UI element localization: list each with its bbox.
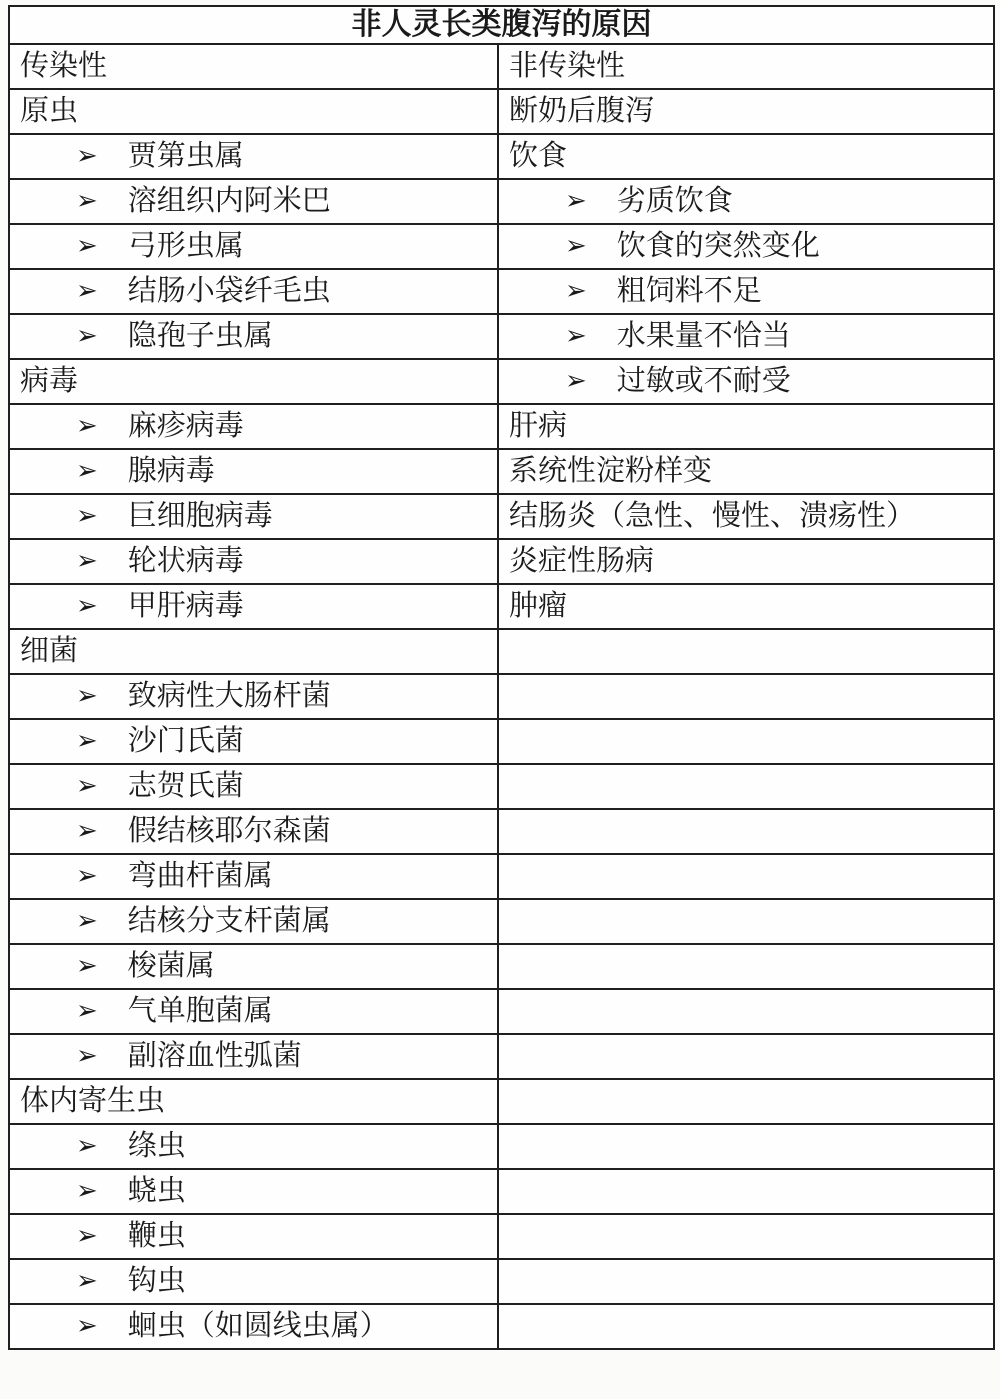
cell-infectious: ➢气单胞菌属 [9, 989, 498, 1034]
cell-content: 肝病 [509, 410, 567, 443]
arrowhead-bullet-icon: ➢ [76, 232, 98, 262]
arrowhead-bullet-icon: ➢ [76, 907, 98, 937]
cell-content: ➢轮状病毒 [20, 545, 244, 578]
cell-noninfectious [498, 1304, 994, 1349]
cell-text: 气单胞菌属 [128, 995, 273, 1027]
cell-content: ➢劣质饮食 [509, 185, 733, 218]
arrowhead-bullet-icon: ➢ [76, 817, 98, 847]
table-row: ➢梭菌属 [9, 944, 994, 989]
arrowhead-bullet-icon: ➢ [76, 1267, 98, 1297]
cell-content: ➢气单胞菌属 [20, 995, 273, 1028]
arrowhead-bullet-icon: ➢ [76, 862, 98, 892]
cell-content: ➢饮食的突然变化 [509, 230, 820, 263]
cell-content: 饮食 [509, 140, 567, 173]
cell-content: 传染性 [20, 50, 107, 83]
cell-infectious: ➢甲肝病毒 [9, 584, 498, 629]
cell-noninfectious [498, 809, 994, 854]
arrowhead-bullet-icon: ➢ [76, 142, 98, 172]
arrowhead-bullet-icon: ➢ [76, 727, 98, 757]
cell-text: 饮食的突然变化 [617, 230, 820, 262]
cell-noninfectious [498, 1214, 994, 1259]
cell-text: 甲肝病毒 [128, 590, 244, 622]
table-row: 传染性非传染性 [9, 44, 994, 89]
cell-text: 非传染性 [509, 50, 625, 82]
cell-infectious: ➢麻疹病毒 [9, 404, 498, 449]
table-row: ➢结肠小袋纤毛虫➢粗饲料不足 [9, 269, 994, 314]
cell-infectious: ➢绦虫 [9, 1124, 498, 1169]
cell-noninfectious [498, 1124, 994, 1169]
arrowhead-bullet-icon: ➢ [565, 277, 587, 307]
cell-noninfectious: 肿瘤 [498, 584, 994, 629]
cell-text: 致病性大肠杆菌 [128, 680, 331, 712]
cell-infectious: ➢贾第虫属 [9, 134, 498, 179]
cell-infectious: ➢蛔虫（如圆线虫属） [9, 1304, 498, 1349]
arrowhead-bullet-icon: ➢ [76, 772, 98, 802]
cell-noninfectious: 肝病 [498, 404, 994, 449]
table-row: ➢副溶血性弧菌 [9, 1034, 994, 1079]
arrowhead-bullet-icon: ➢ [565, 322, 587, 352]
cell-text: 蛔虫（如圆线虫属） [128, 1310, 389, 1342]
cell-text: 传染性 [20, 50, 107, 82]
cell-content: ➢结肠小袋纤毛虫 [20, 275, 331, 308]
cell-infectious: 原虫 [9, 89, 498, 134]
cell-infectious: ➢弓形虫属 [9, 224, 498, 269]
cell-content: ➢志贺氏菌 [20, 770, 244, 803]
arrowhead-bullet-icon: ➢ [76, 952, 98, 982]
cell-noninfectious: 饮食 [498, 134, 994, 179]
table-row: 体内寄生虫 [9, 1079, 994, 1124]
cell-text: 体内寄生虫 [20, 1085, 165, 1117]
cell-content: ➢致病性大肠杆菌 [20, 680, 331, 713]
cell-infectious: ➢副溶血性弧菌 [9, 1034, 498, 1079]
cell-noninfectious: 系统性淀粉样变 [498, 449, 994, 494]
arrowhead-bullet-icon: ➢ [76, 322, 98, 352]
cell-text: 贾第虫属 [128, 140, 244, 172]
cell-content: ➢假结核耶尔森菌 [20, 815, 331, 848]
cell-text: 副溶血性弧菌 [128, 1040, 302, 1072]
cell-infectious: ➢轮状病毒 [9, 539, 498, 584]
cell-text: 断奶后腹泻 [509, 95, 654, 127]
cell-noninfectious: ➢过敏或不耐受 [498, 359, 994, 404]
cell-noninfectious [498, 899, 994, 944]
arrowhead-bullet-icon: ➢ [565, 367, 587, 397]
cell-content: ➢结核分支杆菌属 [20, 905, 331, 938]
cell-content: ➢蛔虫（如圆线虫属） [20, 1310, 389, 1343]
title-row: 非人灵长类腹泻的原因 [9, 6, 994, 44]
cell-text: 隐孢子虫属 [128, 320, 273, 352]
table-row: 病毒➢过敏或不耐受 [9, 359, 994, 404]
cell-infectious: ➢鞭虫 [9, 1214, 498, 1259]
cell-infectious: 细菌 [9, 629, 498, 674]
cell-infectious: ➢假结核耶尔森菌 [9, 809, 498, 854]
table-row: ➢绦虫 [9, 1124, 994, 1169]
table-row: ➢巨细胞病毒结肠炎（急性、慢性、溃疡性） [9, 494, 994, 539]
cell-text: 蛲虫 [128, 1175, 186, 1207]
cell-content: ➢溶组织内阿米巴 [20, 185, 331, 218]
cell-content: ➢蛲虫 [20, 1175, 186, 1208]
arrowhead-bullet-icon: ➢ [76, 1042, 98, 1072]
cell-content: ➢麻疹病毒 [20, 410, 244, 443]
table-row: ➢弯曲杆菌属 [9, 854, 994, 899]
table-row: ➢隐孢子虫属➢水果量不恰当 [9, 314, 994, 359]
arrowhead-bullet-icon: ➢ [76, 1312, 98, 1342]
table-row: ➢蛲虫 [9, 1169, 994, 1214]
cell-text: 原虫 [20, 95, 78, 127]
cell-content: ➢腺病毒 [20, 455, 215, 488]
arrowhead-bullet-icon: ➢ [76, 457, 98, 487]
table-row: ➢甲肝病毒肿瘤 [9, 584, 994, 629]
table-row: ➢气单胞菌属 [9, 989, 994, 1034]
cell-text: 麻疹病毒 [128, 410, 244, 442]
cell-text: 假结核耶尔森菌 [128, 815, 331, 847]
arrowhead-bullet-icon: ➢ [76, 277, 98, 307]
cell-text: 水果量不恰当 [617, 320, 791, 352]
cell-text: 结肠小袋纤毛虫 [128, 275, 331, 307]
cell-infectious: ➢结肠小袋纤毛虫 [9, 269, 498, 314]
cell-noninfectious [498, 629, 994, 674]
cell-infectious: 病毒 [9, 359, 498, 404]
cell-noninfectious: ➢粗饲料不足 [498, 269, 994, 314]
cell-infectious: ➢志贺氏菌 [9, 764, 498, 809]
cell-text: 钩虫 [128, 1265, 186, 1297]
arrowhead-bullet-icon: ➢ [565, 232, 587, 262]
cell-text: 溶组织内阿米巴 [128, 185, 331, 217]
cell-text: 炎症性肠病 [509, 545, 654, 577]
table-row: ➢致病性大肠杆菌 [9, 674, 994, 719]
table-row: 细菌 [9, 629, 994, 674]
cell-content: ➢副溶血性弧菌 [20, 1040, 302, 1073]
cell-content: ➢沙门氏菌 [20, 725, 244, 758]
cell-text: 腺病毒 [128, 455, 215, 487]
table-row: ➢志贺氏菌 [9, 764, 994, 809]
cell-content: 非传染性 [509, 50, 625, 83]
table-row: ➢腺病毒系统性淀粉样变 [9, 449, 994, 494]
cell-noninfectious [498, 1079, 994, 1124]
table-row: ➢弓形虫属➢饮食的突然变化 [9, 224, 994, 269]
table-row: ➢假结核耶尔森菌 [9, 809, 994, 854]
cell-noninfectious [498, 989, 994, 1034]
cell-text: 梭菌属 [128, 950, 215, 982]
arrowhead-bullet-icon: ➢ [76, 682, 98, 712]
cell-content: ➢钩虫 [20, 1265, 186, 1298]
cell-content: 原虫 [20, 95, 78, 128]
arrowhead-bullet-icon: ➢ [76, 502, 98, 532]
cell-text: 劣质饮食 [617, 185, 733, 217]
table-body: 传染性非传染性原虫断奶后腹泻➢贾第虫属饮食➢溶组织内阿米巴➢劣质饮食➢弓形虫属➢… [9, 44, 994, 1349]
cell-content: 细菌 [20, 635, 78, 668]
cell-text: 细菌 [20, 635, 78, 667]
cell-infectious: ➢弯曲杆菌属 [9, 854, 498, 899]
cell-content: 系统性淀粉样变 [509, 455, 712, 488]
table-row: ➢结核分支杆菌属 [9, 899, 994, 944]
cell-text: 病毒 [20, 365, 78, 397]
arrowhead-bullet-icon: ➢ [76, 1132, 98, 1162]
arrowhead-bullet-icon: ➢ [76, 1177, 98, 1207]
arrowhead-bullet-icon: ➢ [76, 997, 98, 1027]
cell-infectious: 体内寄生虫 [9, 1079, 498, 1124]
table-row: 原虫断奶后腹泻 [9, 89, 994, 134]
cell-text: 肿瘤 [509, 590, 567, 622]
cell-noninfectious [498, 764, 994, 809]
cell-text: 系统性淀粉样变 [509, 455, 712, 487]
cell-text: 沙门氏菌 [128, 725, 244, 757]
cell-noninfectious [498, 944, 994, 989]
cell-text: 粗饲料不足 [617, 275, 762, 307]
table-title: 非人灵长类腹泻的原因 [9, 6, 994, 44]
cell-content: ➢粗饲料不足 [509, 275, 762, 308]
cell-content: 肿瘤 [509, 590, 567, 623]
cell-noninfectious: ➢劣质饮食 [498, 179, 994, 224]
arrowhead-bullet-icon: ➢ [565, 187, 587, 217]
cell-infectious: ➢结核分支杆菌属 [9, 899, 498, 944]
arrowhead-bullet-icon: ➢ [76, 592, 98, 622]
table-row: ➢贾第虫属饮食 [9, 134, 994, 179]
cell-infectious: ➢钩虫 [9, 1259, 498, 1304]
arrowhead-bullet-icon: ➢ [76, 412, 98, 442]
cell-noninfectious [498, 674, 994, 719]
cell-infectious: ➢蛲虫 [9, 1169, 498, 1214]
cell-text: 巨细胞病毒 [128, 500, 273, 532]
cell-text: 过敏或不耐受 [617, 365, 791, 397]
cell-text: 结核分支杆菌属 [128, 905, 331, 937]
table-row: ➢轮状病毒炎症性肠病 [9, 539, 994, 584]
cell-noninfectious: 非传染性 [498, 44, 994, 89]
cell-content: 断奶后腹泻 [509, 95, 654, 128]
cell-content: ➢梭菌属 [20, 950, 215, 983]
cell-noninfectious: 炎症性肠病 [498, 539, 994, 584]
cell-text: 绦虫 [128, 1130, 186, 1162]
cell-text: 饮食 [509, 140, 567, 172]
table-row: ➢沙门氏菌 [9, 719, 994, 764]
cell-noninfectious: 断奶后腹泻 [498, 89, 994, 134]
cell-content: 炎症性肠病 [509, 545, 654, 578]
cell-noninfectious: ➢水果量不恰当 [498, 314, 994, 359]
cell-text: 弯曲杆菌属 [128, 860, 273, 892]
cell-content: ➢弯曲杆菌属 [20, 860, 273, 893]
arrowhead-bullet-icon: ➢ [76, 1222, 98, 1252]
cell-text: 结肠炎（急性、慢性、溃疡性） [509, 500, 915, 532]
cell-text: 轮状病毒 [128, 545, 244, 577]
cell-noninfectious [498, 1259, 994, 1304]
table-row: ➢鞭虫 [9, 1214, 994, 1259]
cell-content: 结肠炎（急性、慢性、溃疡性） [509, 500, 915, 533]
cell-text: 肝病 [509, 410, 567, 442]
cell-noninfectious [498, 1169, 994, 1214]
cell-infectious: ➢溶组织内阿米巴 [9, 179, 498, 224]
arrowhead-bullet-icon: ➢ [76, 187, 98, 217]
cell-content: ➢隐孢子虫属 [20, 320, 273, 353]
cell-noninfectious [498, 854, 994, 899]
cell-text: 志贺氏菌 [128, 770, 244, 802]
cell-content: ➢水果量不恰当 [509, 320, 791, 353]
cell-content: ➢鞭虫 [20, 1220, 186, 1253]
cell-content: ➢巨细胞病毒 [20, 500, 273, 533]
cell-infectious: ➢隐孢子虫属 [9, 314, 498, 359]
cell-infectious: ➢致病性大肠杆菌 [9, 674, 498, 719]
cell-content: 体内寄生虫 [20, 1085, 165, 1118]
cell-text: 鞭虫 [128, 1220, 186, 1252]
cell-noninfectious [498, 1034, 994, 1079]
diarrhea-causes-table: 非人灵长类腹泻的原因 传染性非传染性原虫断奶后腹泻➢贾第虫属饮食➢溶组织内阿米巴… [8, 5, 995, 1350]
cell-noninfectious: ➢饮食的突然变化 [498, 224, 994, 269]
cell-content: ➢绦虫 [20, 1130, 186, 1163]
table-row: ➢溶组织内阿米巴➢劣质饮食 [9, 179, 994, 224]
table-row: ➢麻疹病毒肝病 [9, 404, 994, 449]
cell-infectious: 传染性 [9, 44, 498, 89]
table-row: ➢钩虫 [9, 1259, 994, 1304]
cell-text: 弓形虫属 [128, 230, 244, 262]
cell-content: ➢过敏或不耐受 [509, 365, 791, 398]
cell-content: ➢甲肝病毒 [20, 590, 244, 623]
arrowhead-bullet-icon: ➢ [76, 547, 98, 577]
cell-content: 病毒 [20, 365, 78, 398]
cell-content: ➢贾第虫属 [20, 140, 244, 173]
cell-infectious: ➢沙门氏菌 [9, 719, 498, 764]
cell-infectious: ➢腺病毒 [9, 449, 498, 494]
cell-infectious: ➢巨细胞病毒 [9, 494, 498, 539]
table-row: ➢蛔虫（如圆线虫属） [9, 1304, 994, 1349]
cell-content: ➢弓形虫属 [20, 230, 244, 263]
cell-noninfectious: 结肠炎（急性、慢性、溃疡性） [498, 494, 994, 539]
cell-infectious: ➢梭菌属 [9, 944, 498, 989]
cell-noninfectious [498, 719, 994, 764]
